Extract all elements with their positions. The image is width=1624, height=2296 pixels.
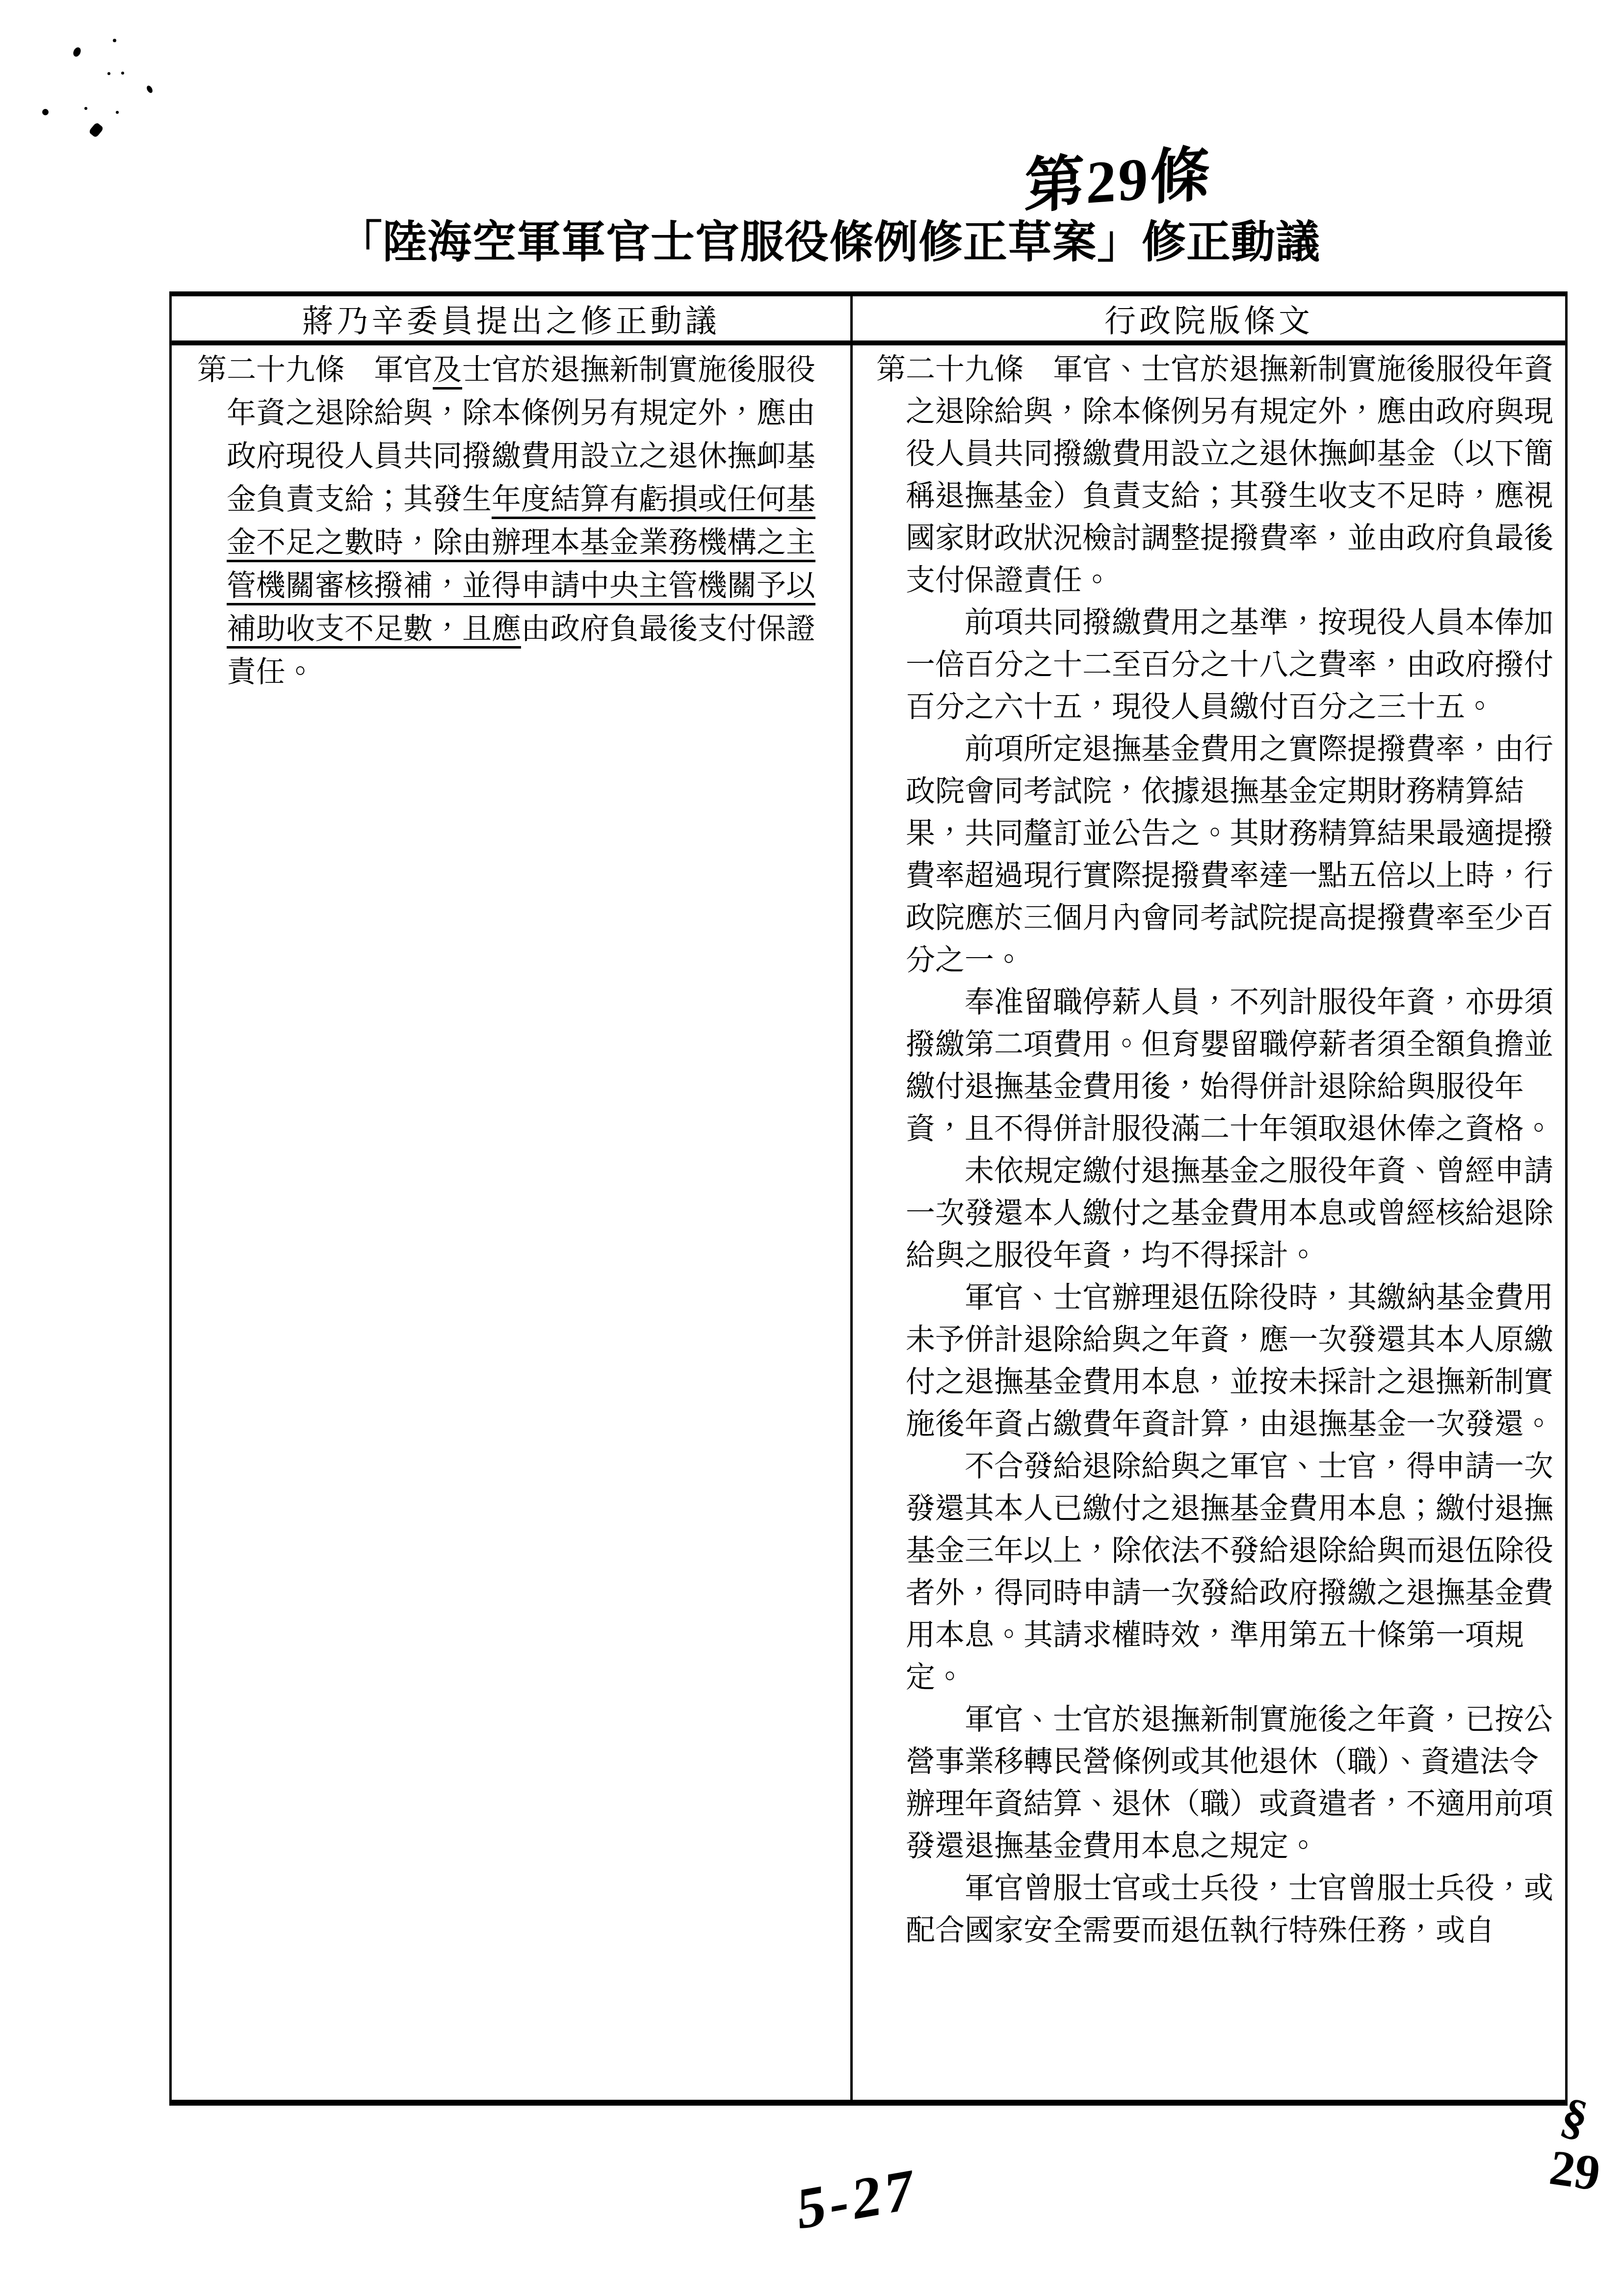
law-paragraph: 第二十九條 軍官、士官於退撫新制實施後服役年資之退除給與，除本條例另有規定外，應… — [876, 348, 1556, 601]
ink-speck — [116, 111, 119, 114]
law-paragraph: 前項共同撥繳費用之基準，按現役人員本俸加一倍百分之十二至百分之十八之費率，由政府… — [876, 601, 1556, 728]
law-paragraph: 奉准留職停薪人員，不列計服役年資，亦毋須撥繳第二項費用。但育嬰留職停薪者須全額負… — [876, 981, 1556, 1150]
comparison-table: 蔣乃辛委員提出之修正動議 行政院版條文 第二十九條 軍官及士官於退撫新制實施後服… — [169, 291, 1568, 2106]
handwritten-margin-note: § 29 — [1536, 2091, 1614, 2197]
table-header-row: 蔣乃辛委員提出之修正動議 行政院版條文 — [172, 296, 1565, 345]
ink-speck — [84, 107, 87, 110]
law-paragraph: 軍官曾服士官或士兵役，士官曾服士兵役，或配合國家安全需要而退伍執行特殊任務，或自 — [876, 1867, 1556, 1952]
ink-speck — [72, 46, 82, 58]
ink-speck — [42, 109, 49, 115]
ink-speck — [107, 72, 110, 75]
law-paragraph: 不合發給退除給與之軍官、士官，得申請一次發還其本人已繳付之退撫基金費用本息；繳付… — [876, 1445, 1556, 1698]
ink-speck — [88, 122, 104, 138]
handwritten-margin-article-number: 29 — [1532, 2139, 1617, 2202]
table-body-row: 第二十九條 軍官及士官於退撫新制實施後服役年資之退除給與，除本條例另有規定外，應… — [172, 345, 1565, 2100]
law-paragraph: 第二十九條 軍官及士官於退撫新制實施後服役年資之退除給與，除本條例另有規定外，應… — [197, 348, 833, 694]
amendment-text-cell: 第二十九條 軍官及士官於退撫新制實施後服役年資之退除給與，除本條例另有規定外，應… — [172, 345, 853, 2100]
ink-speck — [121, 72, 124, 75]
law-paragraph: 前項所定退撫基金費用之實際提撥費率，由行政院會同考試院，依據退撫基金定期財務精算… — [876, 728, 1556, 981]
scanned-document-page: 第29條 「陸海空軍軍官士官服役條例修正草案」修正動議 蔣乃辛委員提出之修正動議… — [0, 0, 1624, 2296]
ink-speck — [113, 39, 116, 42]
law-paragraph: 未依規定繳付退撫基金之服役年資、曾經申請一次發還本人繳付之基金費用本息或曾經核給… — [876, 1150, 1556, 1277]
law-paragraph: 軍官、士官於退撫新制實施後之年資，已按公營事業移轉民營條例或其他退休（職）、資遣… — [876, 1698, 1556, 1867]
executive-version-text-cell: 第二十九條 軍官、士官於退撫新制實施後服役年資之退除給與，除本條例另有規定外，應… — [853, 345, 1565, 2100]
column-header-executive-yuan-version: 行政院版條文 — [853, 296, 1565, 340]
law-paragraph: 軍官、士官辦理退伍除役時，其繳納基金費用未予併計退除給與之年資，應一次發還其本人… — [876, 1277, 1556, 1445]
document-title: 「陸海空軍軍官士官服役條例修正草案」修正動議 — [0, 206, 1624, 270]
handwritten-page-number: 5-27 — [797, 2155, 917, 2244]
ink-speck — [146, 85, 154, 94]
column-header-committee-amendment: 蔣乃辛委員提出之修正動議 — [172, 296, 853, 340]
